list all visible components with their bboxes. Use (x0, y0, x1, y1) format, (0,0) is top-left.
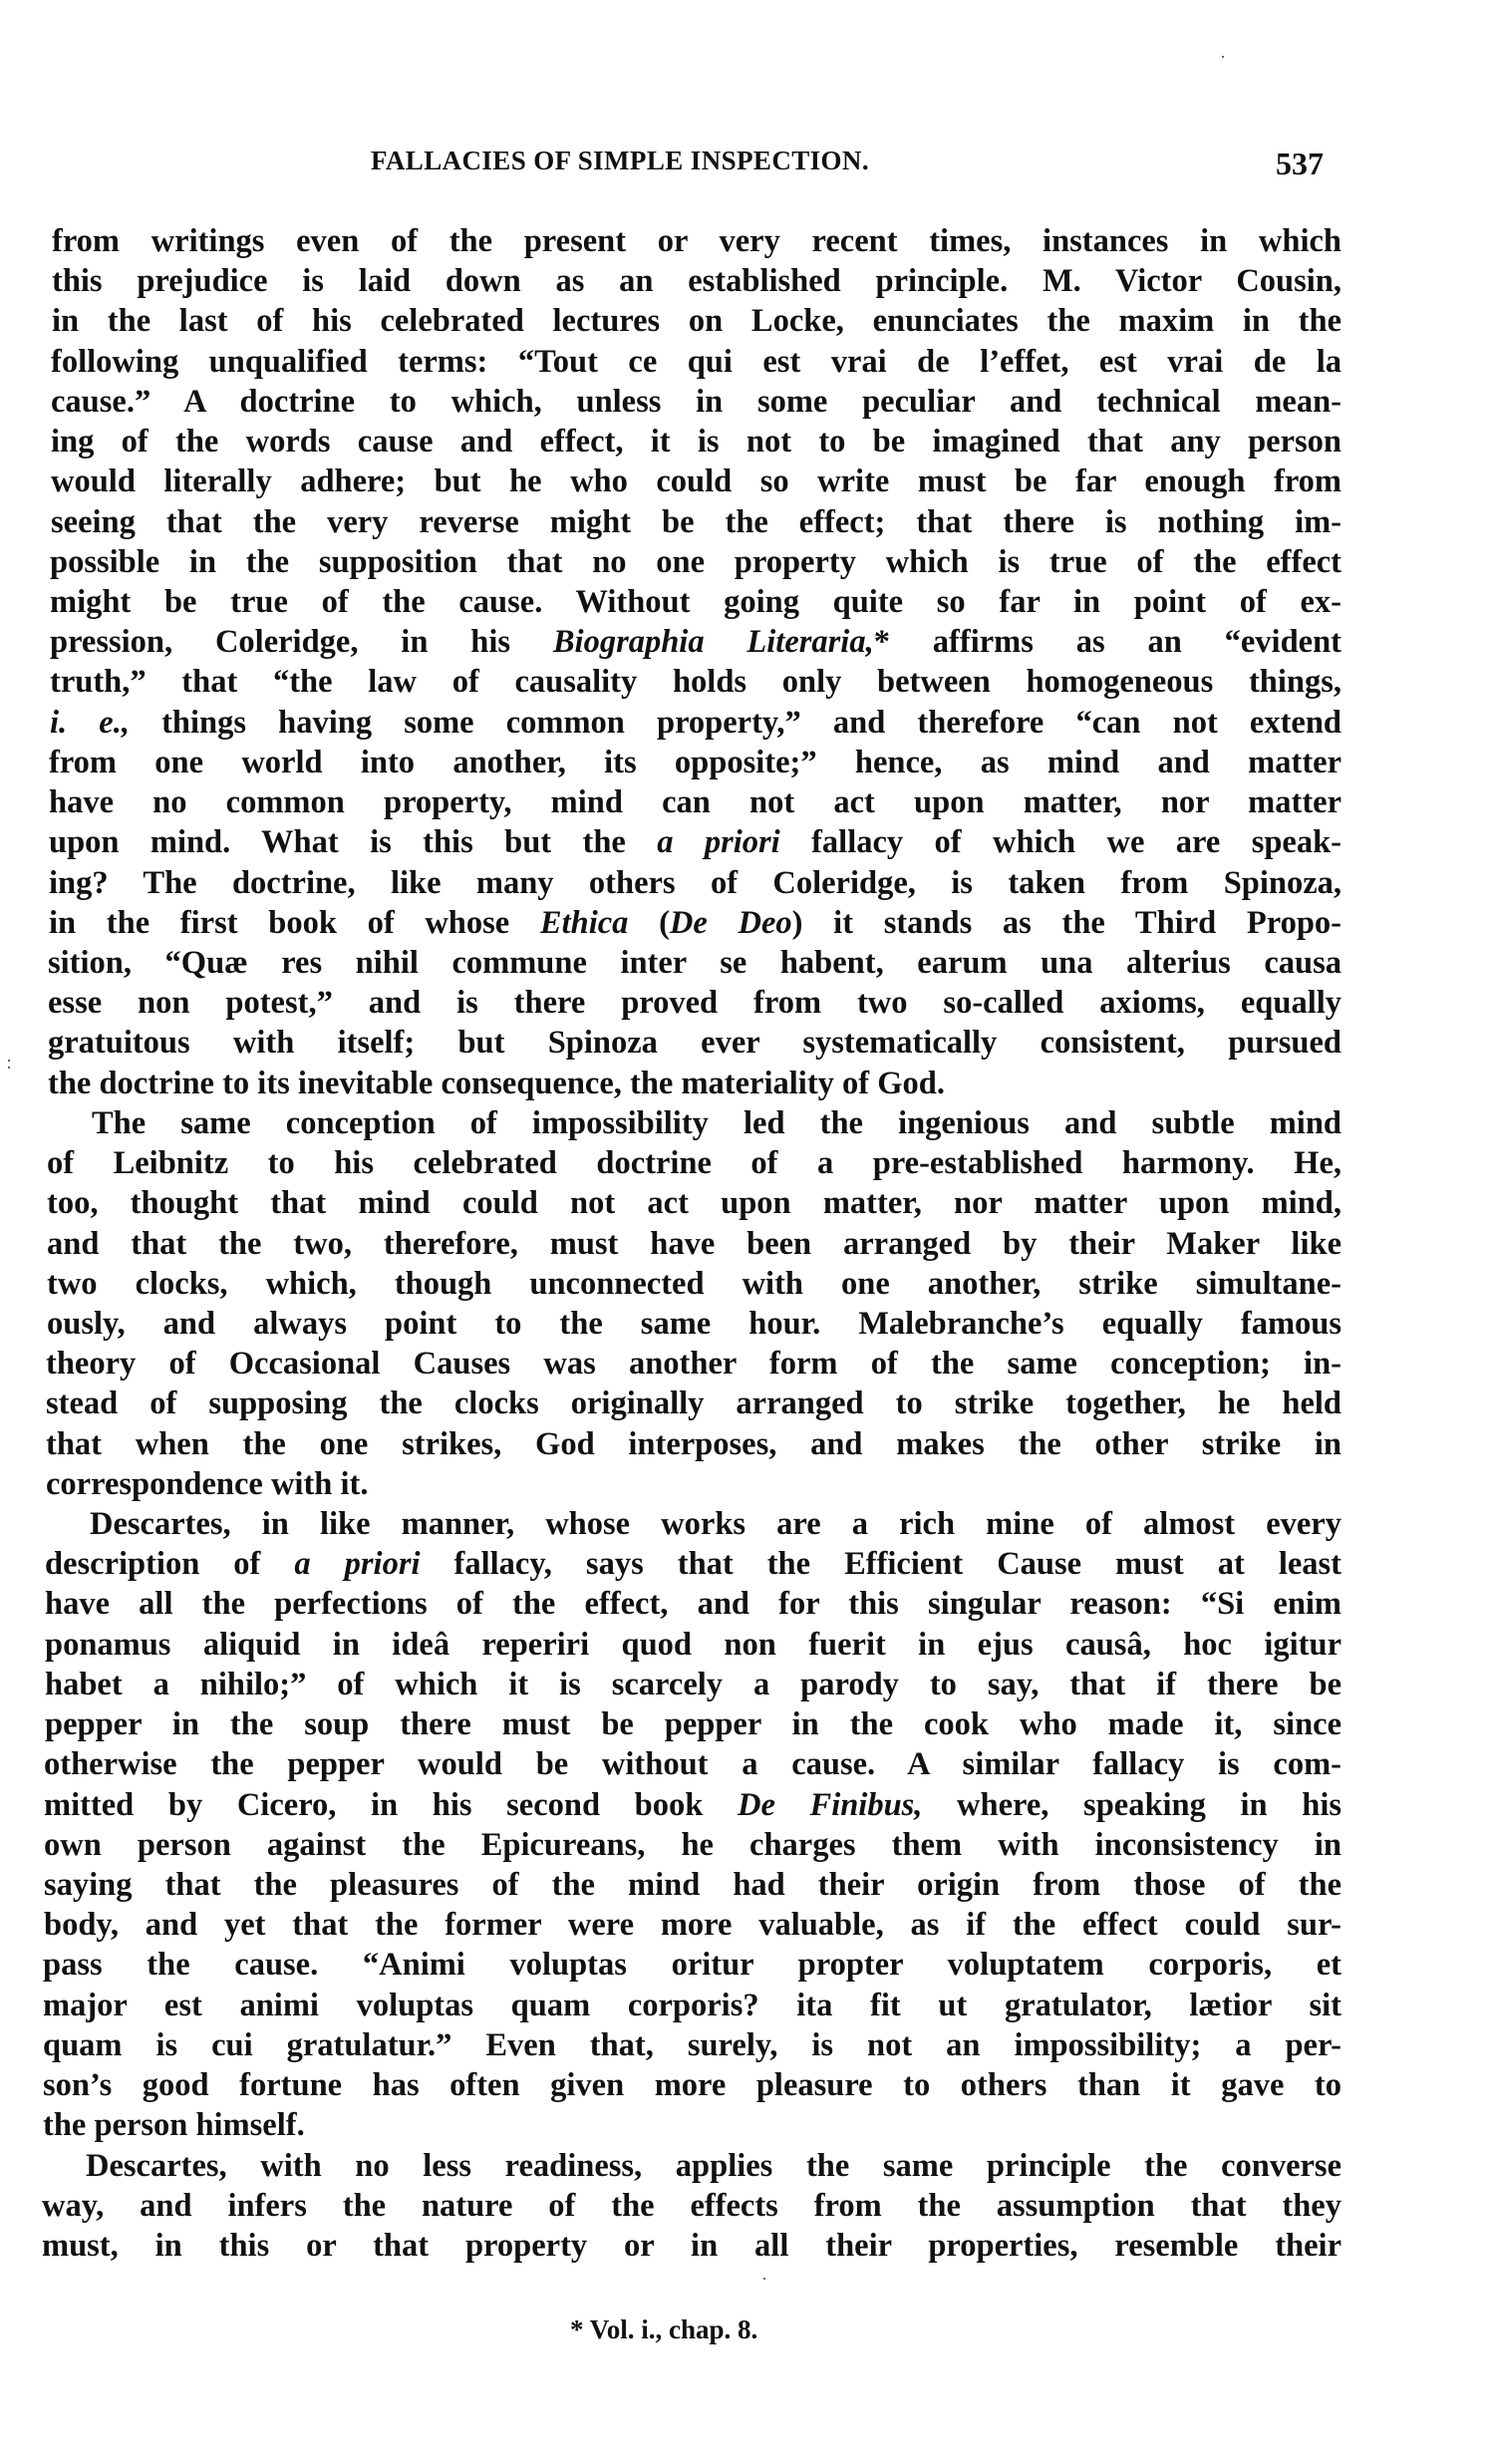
text-run: too, thought that mind could not act upo… (47, 1185, 1342, 1221)
text-line: ing of the words cause and effect, it is… (51, 422, 1342, 462)
text-run: saying that the pleasures of the mind ha… (44, 1867, 1342, 1903)
text-run: ously, and always point to the same hour… (47, 1306, 1342, 1342)
text-run: Descartes, with no less readiness, appli… (86, 2148, 1342, 2184)
text-line: would literally adhere; but he who could… (51, 462, 1342, 501)
text-run: stead of supposing the clocks originally… (46, 1386, 1342, 1421)
text-line: have all the perfections of the effect, … (45, 1584, 1342, 1624)
text-line: sition, “Quæ res nihil commune inter se … (48, 943, 1342, 983)
text-line: i. e., things having some common propert… (50, 703, 1342, 743)
text-line: from writings even of the present or ver… (52, 221, 1342, 261)
italic-text: De Finibus, (738, 1787, 922, 1823)
text-line: seeing that the very reverse might be th… (51, 502, 1342, 542)
text-run: two clocks, which, though unconnected wi… (47, 1266, 1342, 1302)
italic-text: Ethica (540, 905, 629, 941)
text-run: Descartes, in like manner, whose works a… (90, 1506, 1342, 1542)
text-run: cause.” A doctrine to which, unless in s… (51, 384, 1342, 420)
text-run: might be true of the cause. Without goin… (50, 584, 1342, 620)
text-run: description of (45, 1546, 294, 1582)
text-run: * affirms as an “evident (874, 624, 1342, 660)
text-line: in the last of his celebrated lectures o… (52, 301, 1342, 341)
text-run: own person against the Epicureans, he ch… (44, 1827, 1342, 1863)
text-line: mitted by Cicero, in his second book De … (44, 1785, 1342, 1825)
text-run: pepper in the soup there must be pepper … (45, 1706, 1342, 1742)
text-run: things having some common property,” and… (130, 705, 1342, 741)
text-run: body, and yet that the former were more … (44, 1907, 1342, 1943)
text-run: must, in this or that property or in all… (42, 2228, 1342, 2264)
running-head-title: FALLACIES OF SIMPLE INSPECTION. (371, 146, 869, 176)
text-run: sition, “Quæ res nihil commune inter se … (48, 945, 1342, 981)
text-line: the person himself. (43, 2105, 1342, 2145)
text-line: pression, Coleridge, in his Biographia L… (50, 622, 1342, 662)
text-line: cause.” A doctrine to which, unless in s… (51, 382, 1342, 422)
italic-text: a priori (657, 824, 780, 860)
text-run: theory of Occasional Causes was another … (46, 1346, 1342, 1382)
text-run: fallacy of which we are speak- (780, 824, 1342, 860)
text-line: The same conception of impossibility led… (92, 1103, 1342, 1143)
text-line: that when the one strikes, God interpose… (46, 1424, 1342, 1464)
text-line: body, and yet that the former were more … (44, 1905, 1342, 1945)
text-run: ( (628, 905, 670, 941)
text-run: in the first book of whose (49, 905, 540, 941)
text-line: major est animi voluptas quam corporis? … (43, 1986, 1342, 2025)
text-line: of Leibnitz to his celebrated doctrine o… (47, 1143, 1342, 1183)
text-run: way, and infers the nature of the effect… (42, 2188, 1342, 2224)
text-run: esse non potest,” and is there proved fr… (48, 985, 1342, 1021)
text-run: and that the two, therefore, must have b… (47, 1226, 1342, 1262)
text-line: the doctrine to its inevitable consequen… (48, 1064, 1342, 1103)
text-line: habet a nihilo;” of which it is scarcely… (45, 1665, 1342, 1704)
text-run: following unqualified terms: “Tout ce qu… (51, 344, 1342, 380)
text-run: correspondence with it. (46, 1466, 368, 1502)
footnote: * Vol. i., chap. 8. (570, 2314, 757, 2345)
text-line: two clocks, which, though unconnected wi… (47, 1264, 1342, 1304)
scan-speck (763, 2278, 765, 2280)
text-run: ponamus aliquid in ideâ reperiri quod no… (45, 1627, 1342, 1663)
text-line: own person against the Epicureans, he ch… (44, 1825, 1342, 1865)
text-run: have all the perfections of the effect, … (45, 1586, 1342, 1622)
text-line: stead of supposing the clocks originally… (46, 1384, 1342, 1423)
text-run: fallacy, says that the Efficient Cause m… (421, 1546, 1342, 1582)
text-run: quam is cui gratulatur.” Even that, sure… (43, 2027, 1342, 2063)
text-run: ) it stands as the Third Propo- (792, 905, 1342, 941)
text-line: have no common property, mind can not ac… (49, 782, 1342, 822)
text-line: from one world into another, its opposit… (49, 743, 1342, 782)
scan-speck (8, 1067, 10, 1069)
text-run: that when the one strikes, God interpose… (46, 1426, 1342, 1462)
text-run: ing? The doctrine, like many others of C… (49, 865, 1342, 901)
text-run: possible in the supposition that no one … (50, 544, 1342, 580)
scan-speck (8, 1060, 10, 1062)
text-run: otherwise the pepper would be without a … (44, 1746, 1342, 1782)
italic-text: a priori (294, 1546, 420, 1582)
text-line: theory of Occasional Causes was another … (46, 1344, 1342, 1384)
text-run: from writings even of the present or ver… (52, 223, 1342, 259)
text-line: truth,” that “the law of causality holds… (50, 662, 1342, 702)
text-line: quam is cui gratulatur.” Even that, sure… (43, 2025, 1342, 2065)
text-line: too, thought that mind could not act upo… (47, 1183, 1342, 1223)
text-line: Descartes, in like manner, whose works a… (90, 1504, 1342, 1544)
text-line: ously, and always point to the same hour… (47, 1304, 1342, 1344)
text-run: would literally adhere; but he who could… (51, 463, 1342, 499)
text-run: ing of the words cause and effect, it is… (51, 424, 1342, 460)
italic-text: Biographia Literaria, (553, 624, 874, 660)
text-run: this prejudice is laid down as an establ… (52, 263, 1342, 299)
text-line: following unqualified terms: “Tout ce qu… (51, 342, 1342, 382)
text-line: ponamus aliquid in ideâ reperiri quod no… (45, 1625, 1342, 1665)
text-line: pass the cause. “Animi voluptas oritur p… (43, 1945, 1342, 1985)
italic-text: De Deo (670, 905, 792, 941)
text-run: have no common property, mind can not ac… (49, 784, 1342, 820)
text-line: son’s good fortune has often given more … (43, 2065, 1342, 2105)
text-run: from one world into another, its opposit… (49, 745, 1342, 780)
text-run: pression, Coleridge, in his (50, 624, 553, 660)
text-run: truth,” that “the law of causality holds… (50, 664, 1342, 700)
text-line: otherwise the pepper would be without a … (44, 1744, 1342, 1784)
text-run: pass the cause. “Animi voluptas oritur p… (43, 1947, 1342, 1983)
text-line: pepper in the soup there must be pepper … (45, 1704, 1342, 1744)
text-line: ing? The doctrine, like many others of C… (49, 863, 1342, 903)
text-line: correspondence with it. (46, 1464, 1342, 1504)
text-run: the doctrine to its inevitable consequen… (48, 1066, 945, 1101)
text-line: upon mind. What is this but the a priori… (49, 822, 1342, 862)
text-line: and that the two, therefore, must have b… (47, 1224, 1342, 1264)
text-run: mitted by Cicero, in his second book (44, 1787, 738, 1823)
book-page: FALLACIES OF SIMPLE INSPECTION. 537 from… (0, 0, 1491, 2464)
text-line: way, and infers the nature of the effect… (42, 2186, 1342, 2226)
text-line: Descartes, with no less readiness, appli… (86, 2146, 1342, 2186)
text-run: where, speaking in his (922, 1787, 1342, 1823)
text-line: saying that the pleasures of the mind ha… (44, 1865, 1342, 1905)
text-run: of Leibnitz to his celebrated doctrine o… (47, 1145, 1342, 1181)
text-run: gratuitous with itself; but Spinoza ever… (48, 1025, 1342, 1061)
text-line: must, in this or that property or in all… (42, 2226, 1342, 2266)
text-line: description of a priori fallacy, says th… (45, 1544, 1342, 1584)
text-line: gratuitous with itself; but Spinoza ever… (48, 1023, 1342, 1063)
text-run: upon mind. What is this but the (49, 824, 657, 860)
text-run: The same conception of impossibility led… (92, 1105, 1342, 1141)
text-run: habet a nihilo;” of which it is scarcely… (45, 1667, 1342, 1702)
text-run: seeing that the very reverse might be th… (51, 504, 1342, 540)
text-line: possible in the supposition that no one … (50, 542, 1342, 582)
scan-speck (1222, 56, 1224, 58)
text-run: the person himself. (43, 2107, 305, 2143)
text-run: in the last of his celebrated lectures o… (52, 303, 1342, 339)
page-number: 537 (1276, 146, 1324, 182)
italic-text: i. e., (50, 705, 130, 741)
text-line: might be true of the cause. Without goin… (50, 582, 1342, 622)
text-run: major est animi voluptas quam corporis? … (43, 1988, 1342, 2023)
text-run: son’s good fortune has often given more … (43, 2067, 1342, 2103)
text-line: in the first book of whose Ethica (De De… (49, 903, 1342, 943)
text-line: esse non potest,” and is there proved fr… (48, 983, 1342, 1023)
text-line: this prejudice is laid down as an establ… (52, 261, 1342, 301)
